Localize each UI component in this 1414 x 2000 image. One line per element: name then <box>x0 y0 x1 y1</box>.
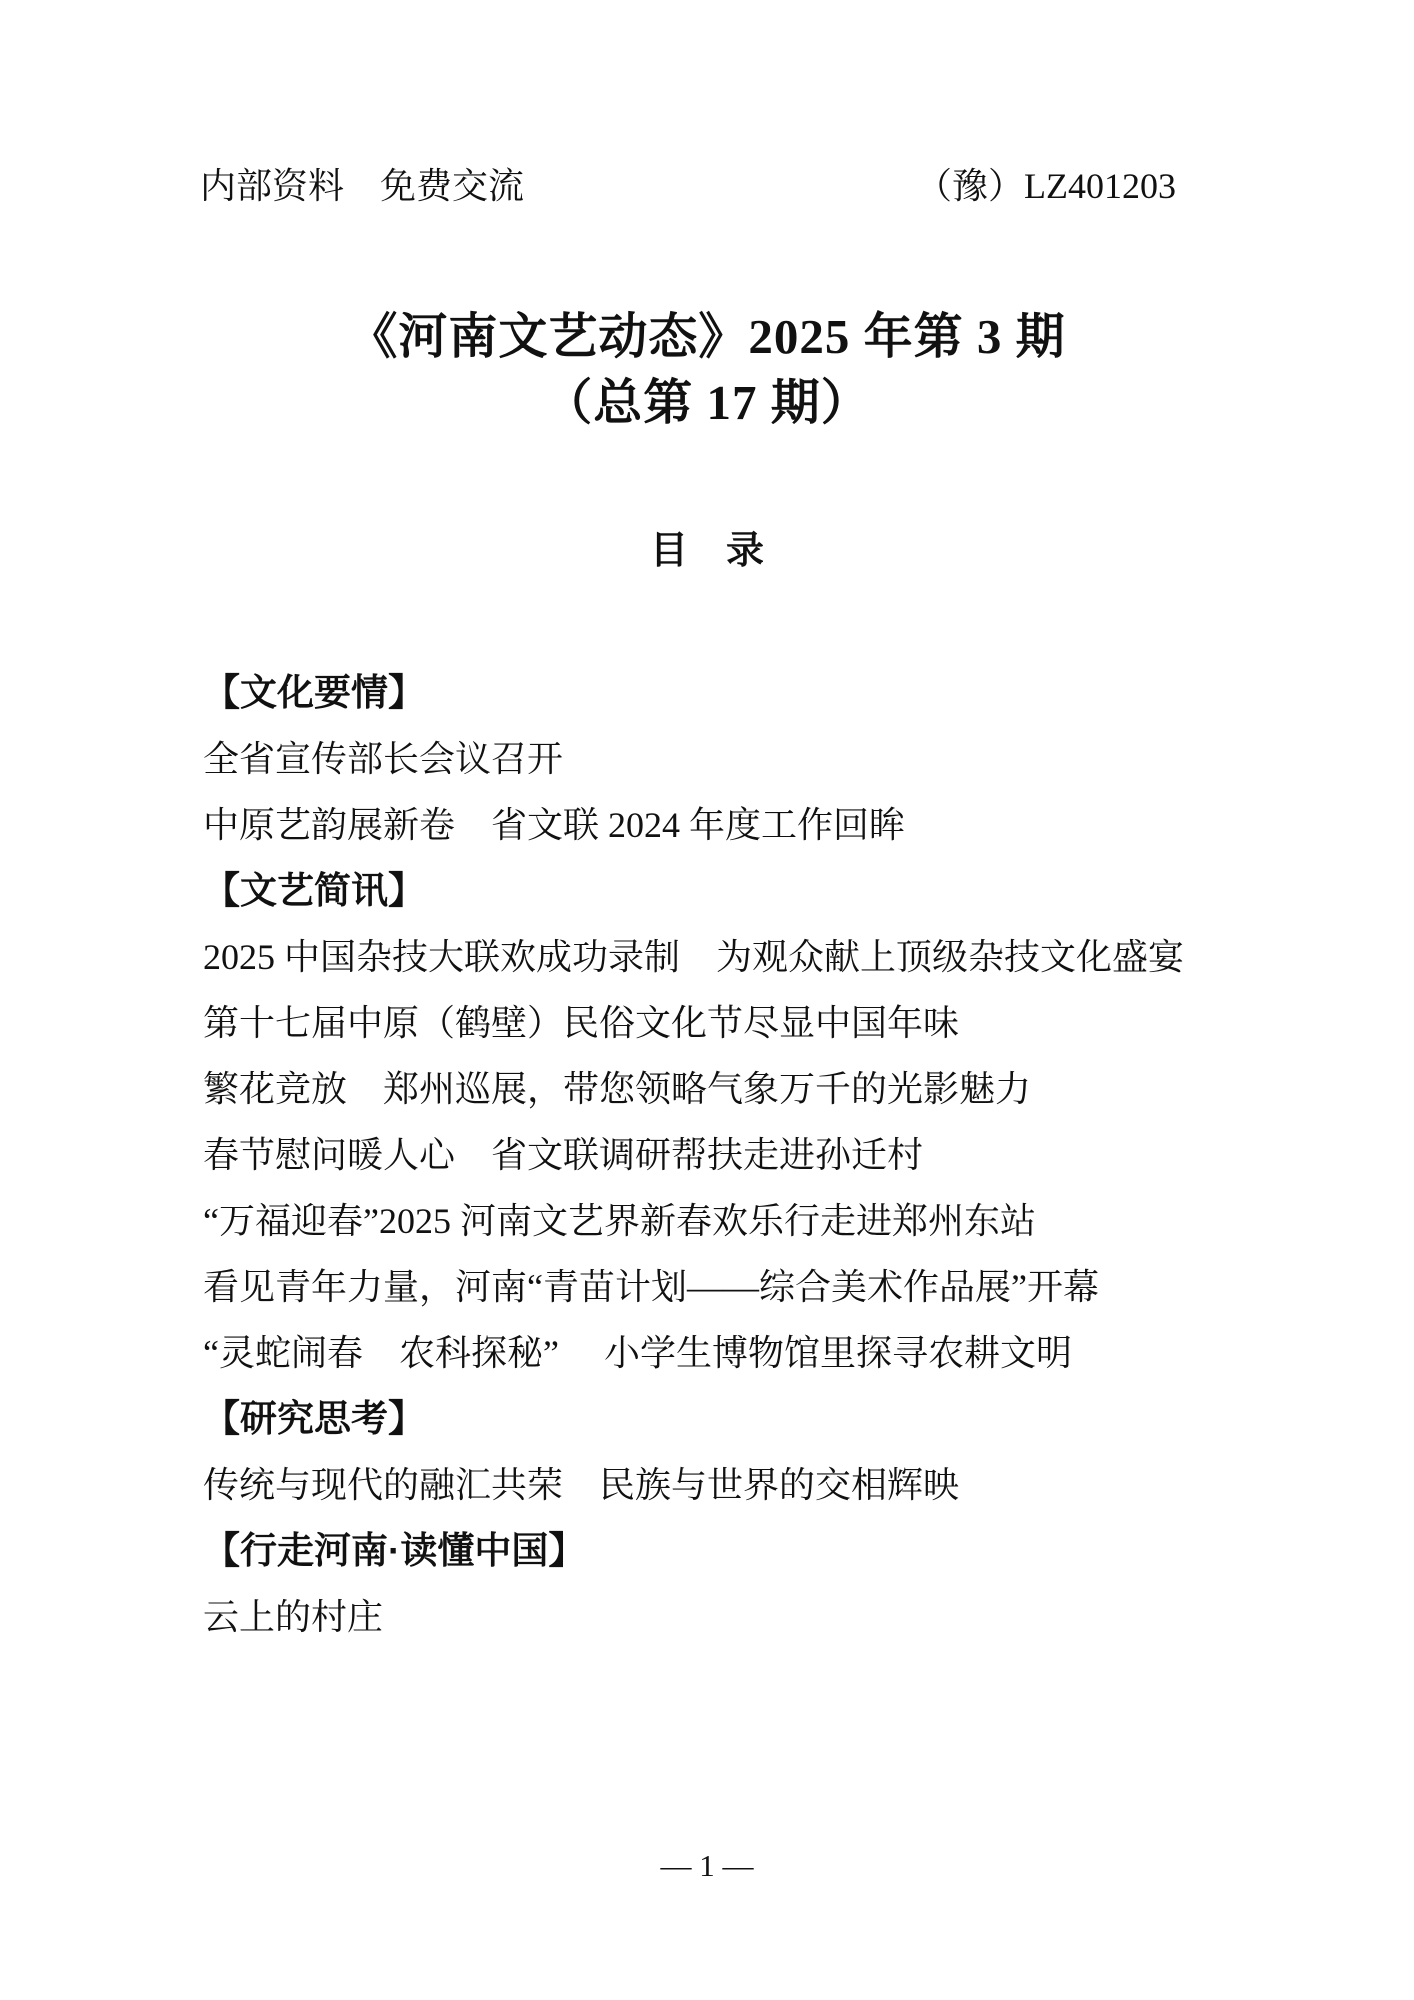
toc-section-heading: 【文化要情】 <box>203 660 1234 726</box>
toc-item: “灵蛇闹春 农科探秘” 小学生博物馆里探寻农耕文明 <box>203 1320 1234 1386</box>
document-page: 内部资料 免费交流 （豫）LZ401203 《河南文艺动态》2025 年第 3 … <box>0 0 1414 2000</box>
toc-heading: 目 录 <box>0 528 1414 574</box>
title-line-1: 《河南文艺动态》2025 年第 3 期 <box>0 304 1414 370</box>
toc-item: 看见青年力量，河南“青苗计划——综合美术作品展”开幕 <box>203 1254 1234 1320</box>
header-license-number: （豫）LZ401203 <box>916 160 1176 212</box>
toc-item: “万福迎春”2025 河南文艺界新春欢乐行走进郑州东站 <box>203 1188 1234 1254</box>
toc-item: 春节慰问暖人心 省文联调研帮扶走进孙迁村 <box>203 1122 1234 1188</box>
toc-section-heading: 【行走河南·读懂中国】 <box>203 1518 1234 1584</box>
toc-section-heading: 【研究思考】 <box>203 1386 1234 1452</box>
toc-item: 云上的村庄 <box>203 1584 1234 1650</box>
toc-item: 传统与现代的融汇共荣 民族与世界的交相辉映 <box>203 1452 1234 1518</box>
toc-item: 全省宣传部长会议召开 <box>203 726 1234 792</box>
document-title: 《河南文艺动态》2025 年第 3 期 （总第 17 期） <box>0 304 1414 436</box>
toc-item: 中原艺韵展新卷 省文联 2024 年度工作回眸 <box>203 792 1234 858</box>
document-header: 内部资料 免费交流 （豫）LZ401203 <box>0 0 1414 212</box>
title-line-2: （总第 17 期） <box>0 370 1414 436</box>
toc-item: 第十七届中原（鹤壁）民俗文化节尽显中国年味 <box>203 990 1234 1056</box>
header-classification-label: 内部资料 免费交流 <box>200 160 524 212</box>
toc-section-heading: 【文艺简讯】 <box>203 858 1234 924</box>
toc-item: 2025 中国杂技大联欢成功录制 为观众献上顶级杂技文化盛宴 <box>203 924 1234 990</box>
toc-list: 【文化要情】全省宣传部长会议召开中原艺韵展新卷 省文联 2024 年度工作回眸【… <box>203 660 1234 1650</box>
page-number: — 1 — <box>0 1846 1414 1886</box>
toc-item: 繁花竞放 郑州巡展，带您领略气象万千的光影魅力 <box>203 1056 1234 1122</box>
